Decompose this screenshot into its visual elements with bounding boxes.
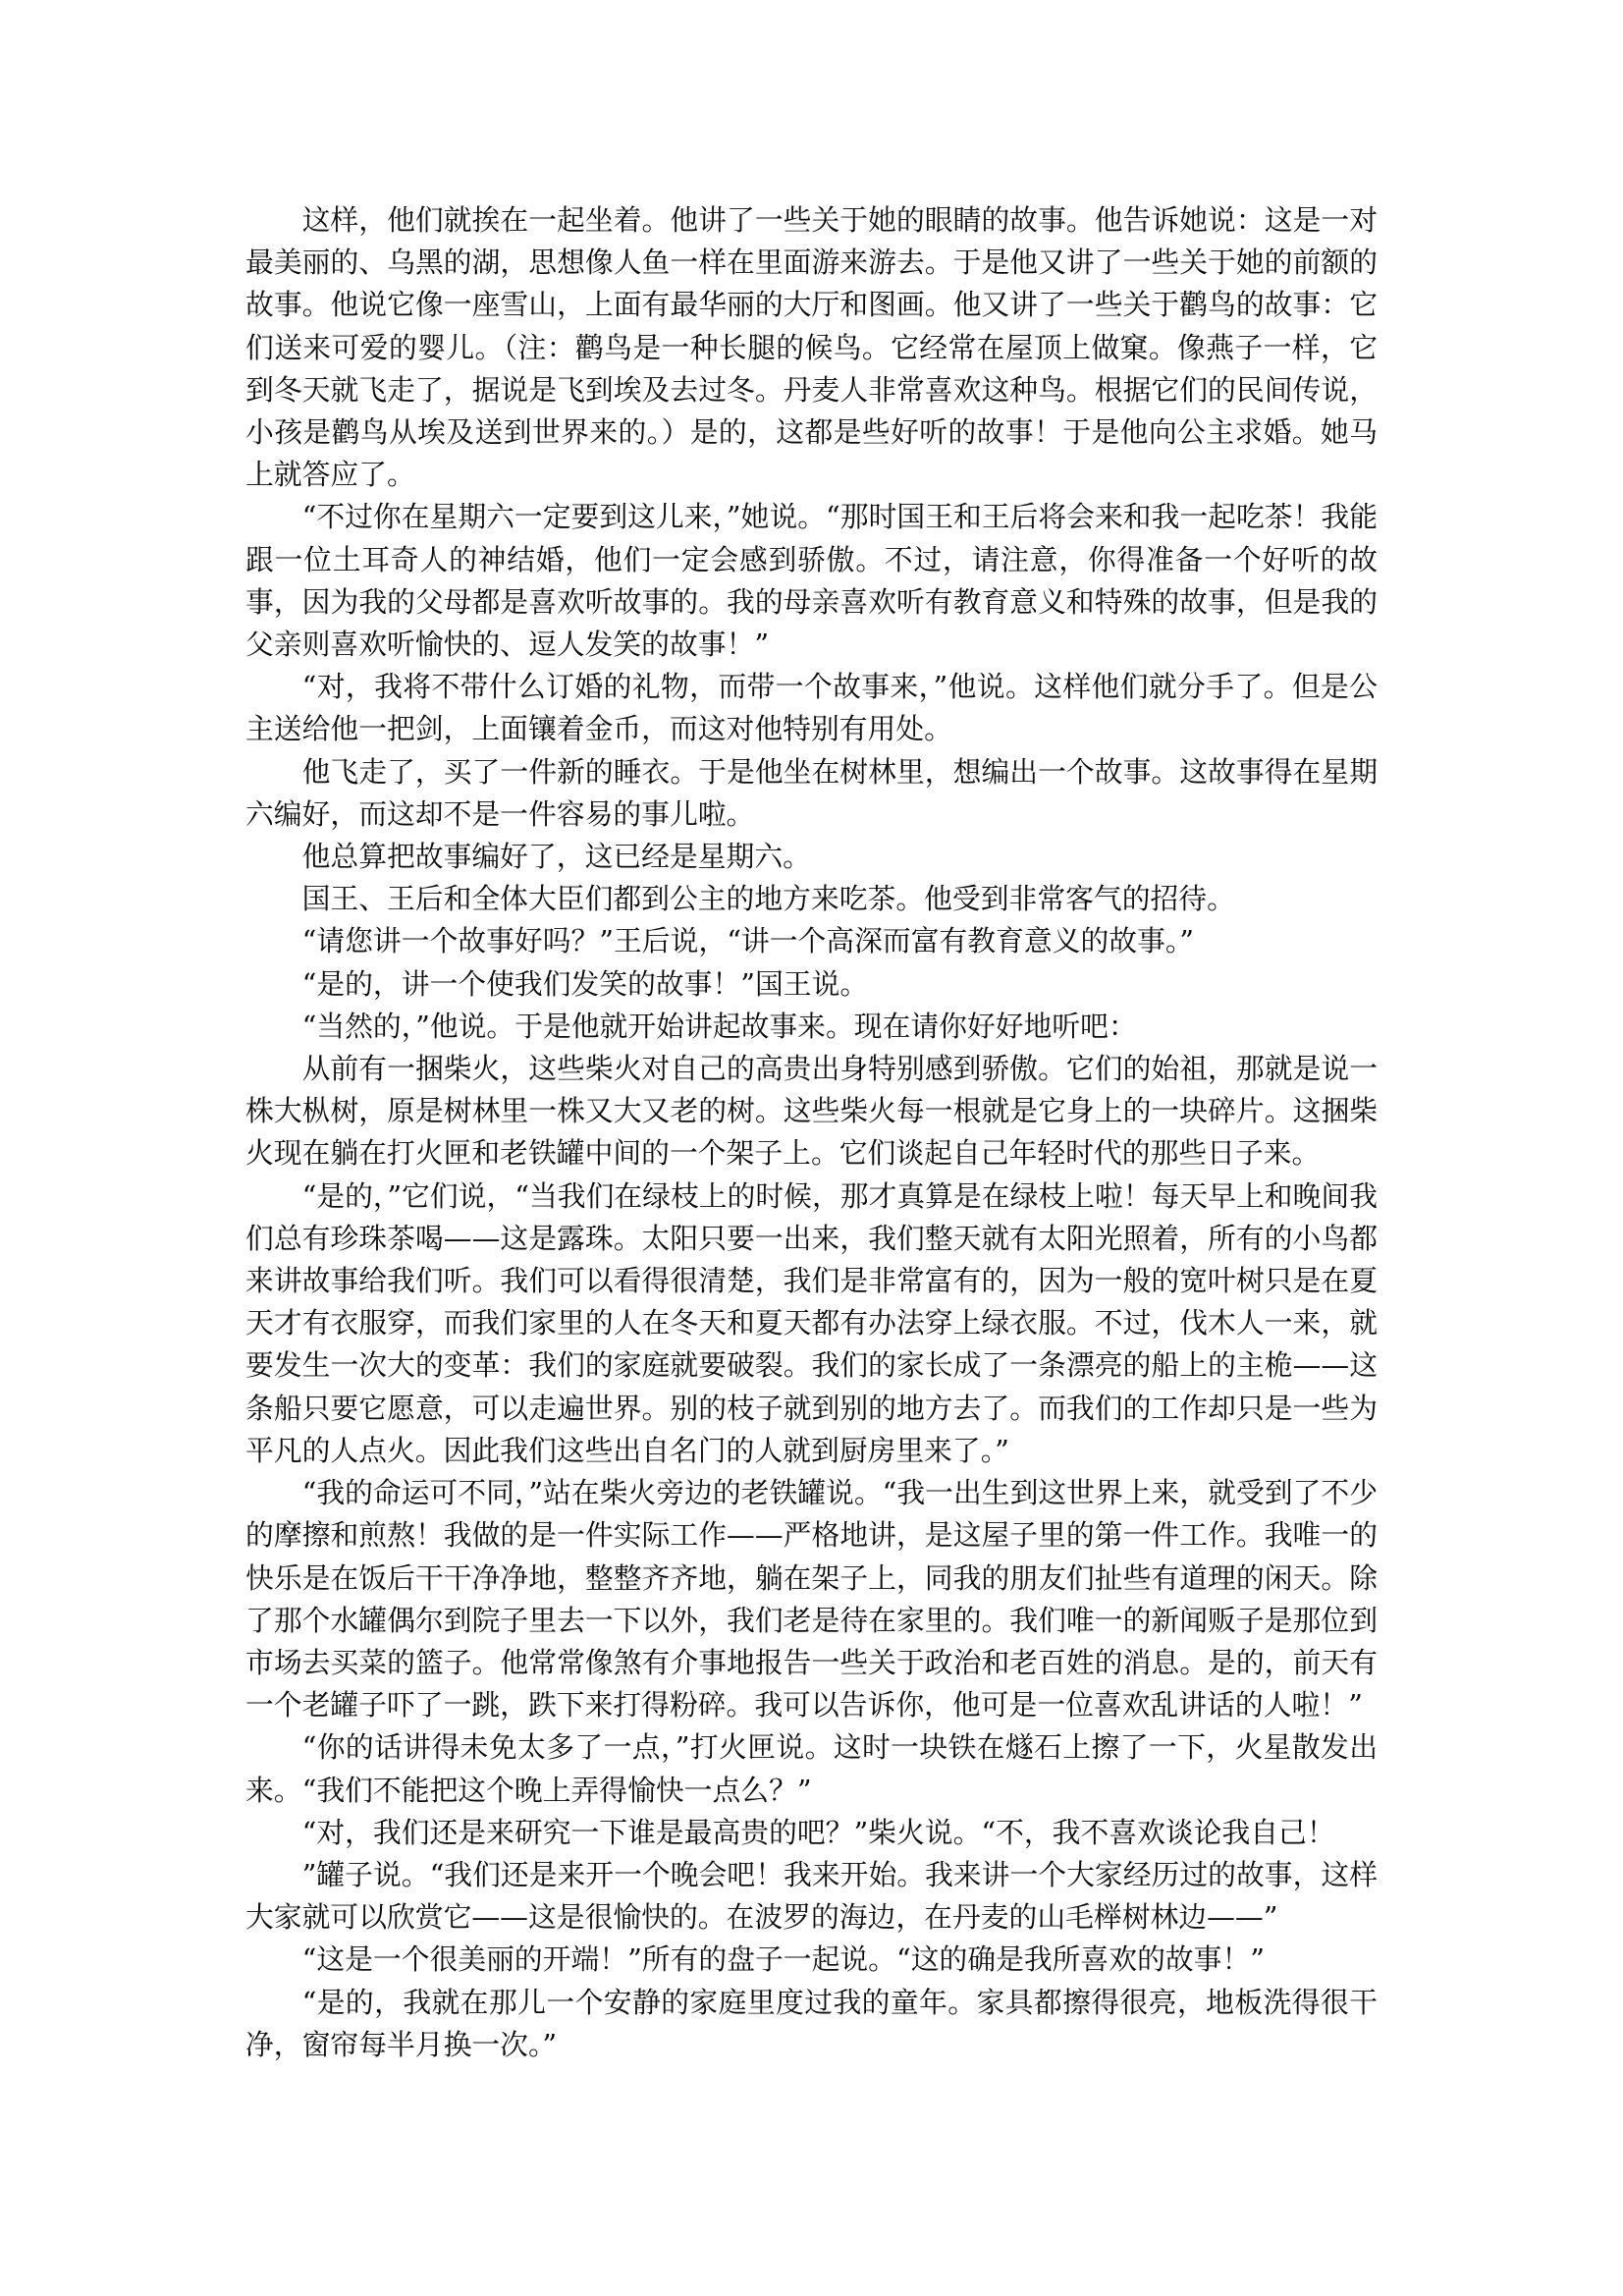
paragraph: 国王、王后和全体大臣们都到公主的地方来吃茶。他受到非常客气的招待。 — [245, 878, 1378, 920]
paragraph: 他总算把故事编好了，这已经是星期六。 — [245, 836, 1378, 878]
paragraph: “请您讲一个故事好吗？”王后说，“讲一个高深而富有教育意义的故事。” — [245, 920, 1378, 962]
paragraph: 从前有一捆柴火，这些柴火对自己的高贵出身特别感到骄傲。它们的始祖，那就是说一株大… — [245, 1048, 1378, 1175]
story-text-block: 这样，他们就挨在一起坐着。他讲了一些关于她的眼睛的故事。他告诉她说：这是一对最美… — [245, 199, 1378, 2066]
paragraph: “对，我将不带什么订婚的礼物，而带一个故事来，”他说。这样他们就分手了。但是公主… — [245, 666, 1378, 750]
paragraph: ”罐子说。“我们还是来开一个晚会吧！我来开始。我来讲一个大家经历过的故事，这样大… — [245, 1854, 1378, 1939]
paragraph: “当然的，”他说。于是他就开始讲起故事来。现在请你好好地听吧： — [245, 1006, 1378, 1048]
paragraph: “是的，我就在那儿一个安静的家庭里度过我的童年。家具都擦得很亮，地板洗得很干净，… — [245, 1982, 1378, 2066]
paragraph: “你的话讲得未免太多了一点，”打火匣说。这时一块铁在燧石上擦了一下，火星散发出来… — [245, 1726, 1378, 1811]
paragraph: 这样，他们就挨在一起坐着。他讲了一些关于她的眼睛的故事。他告诉她说：这是一对最美… — [245, 199, 1378, 496]
paragraph: “对，我们还是来研究一下谁是最高贵的吧？”柴火说。“不，我不喜欢谈论我自己！ — [245, 1812, 1378, 1854]
paragraph: “是的，”它们说，“当我们在绿枝上的时候，那才真算是在绿枝上啦！每天早上和晚间我… — [245, 1175, 1378, 1472]
paragraph: “这是一个很美丽的开端！”所有的盘子一起说。“这的确是我所喜欢的故事！” — [245, 1939, 1378, 1981]
paragraph: “我的命运可不同，”站在柴火旁边的老铁罐说。“我一出生到这世界上来，就受到了不少… — [245, 1472, 1378, 1726]
document-page: 这样，他们就挨在一起坐着。他讲了一些关于她的眼睛的故事。他告诉她说：这是一对最美… — [0, 0, 1623, 2296]
paragraph: 他飞走了，买了一件新的睡衣。于是他坐在树林里，想编出一个故事。这故事得在星期六编… — [245, 751, 1378, 836]
paragraph: “不过你在星期六一定要到这儿来，”她说。“那时国王和王后将会来和我一起吃茶！我能… — [245, 496, 1378, 666]
paragraph: “是的，讲一个使我们发笑的故事！”国王说。 — [245, 963, 1378, 1006]
